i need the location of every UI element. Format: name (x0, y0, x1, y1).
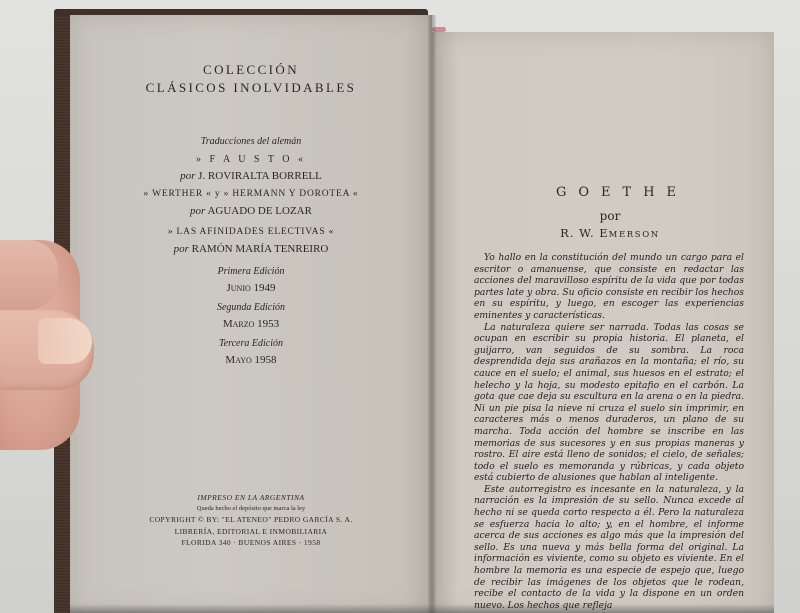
work-title-afinidades: » LAS AFINIDADES ELECTIVAS « (70, 227, 432, 237)
author-surname-rest: MERSON (609, 230, 660, 240)
translator-line-1: por J. ROVIRALTA BORRELL (70, 170, 432, 182)
translator-name: J. ROVIRALTA BORRELL (198, 170, 322, 182)
essay-paragraph: Este autorregistro es incesante en la na… (474, 484, 744, 612)
por-label: por (180, 170, 195, 182)
essay-author: R. W. EMERSON (460, 226, 760, 240)
imprint-legal-deposit: Queda hecho el depósito que marca la ley (70, 504, 432, 514)
edition-date-3: Mayo 1958 (70, 354, 432, 366)
translations-heading: Traducciones del alemán (70, 136, 432, 147)
por-label: por (190, 205, 205, 217)
edition-label-2: Segunda Edición (70, 302, 432, 313)
author-initials: R. W. E (560, 226, 609, 240)
translator-name: AGUADO DE LOZAR (207, 205, 312, 217)
edition-date-2: Marzo 1953 (70, 318, 432, 330)
edition-label-3: Tercera Edición (70, 338, 432, 349)
essay-paragraph: Yo hallo en la constitución del mundo un… (474, 252, 744, 322)
translator-line-2: por AGUADO DE LOZAR (70, 205, 432, 217)
imprint-publisher: LIBRERÍA, EDITORIAL E INMOBILIARIA (70, 527, 432, 537)
edition-date-1: Junio 1949 (70, 282, 432, 294)
essay-body: Yo hallo en la constitución del mundo un… (474, 252, 744, 611)
por-label: por (174, 243, 189, 255)
essay-title: GOETHE (460, 185, 772, 200)
series-line-1: COLECCIÓN (70, 62, 432, 78)
edition-label-1: Primera Edición (70, 266, 432, 277)
imprint-copyright: COPYRIGHT © BY: "EL ATENEO" PEDRO GARCÍA… (70, 515, 432, 525)
essay-by-label: por (460, 209, 760, 223)
translator-line-3: por RAMÓN MARÍA TENREIRO (70, 243, 432, 255)
work-title-werther: » WERTHER « y » HERMANN Y DOROTEA « (70, 189, 432, 199)
imprint-printed-in: IMPRESO EN LA ARGENTINA (70, 493, 432, 503)
imprint-address: FLORIDA 340 · BUENOS AIRES · 1958 (70, 538, 432, 548)
work-title-faust: » F A U S T O « (70, 154, 432, 165)
series-line-2: CLÁSICOS INOLVIDABLES (70, 80, 432, 96)
finger (0, 240, 58, 310)
thumbnail-nail (38, 318, 92, 364)
translator-name: RAMÓN MARÍA TENREIRO (192, 243, 329, 255)
essay-paragraph: La naturaleza quiere ser narrada. Todas … (474, 322, 744, 484)
